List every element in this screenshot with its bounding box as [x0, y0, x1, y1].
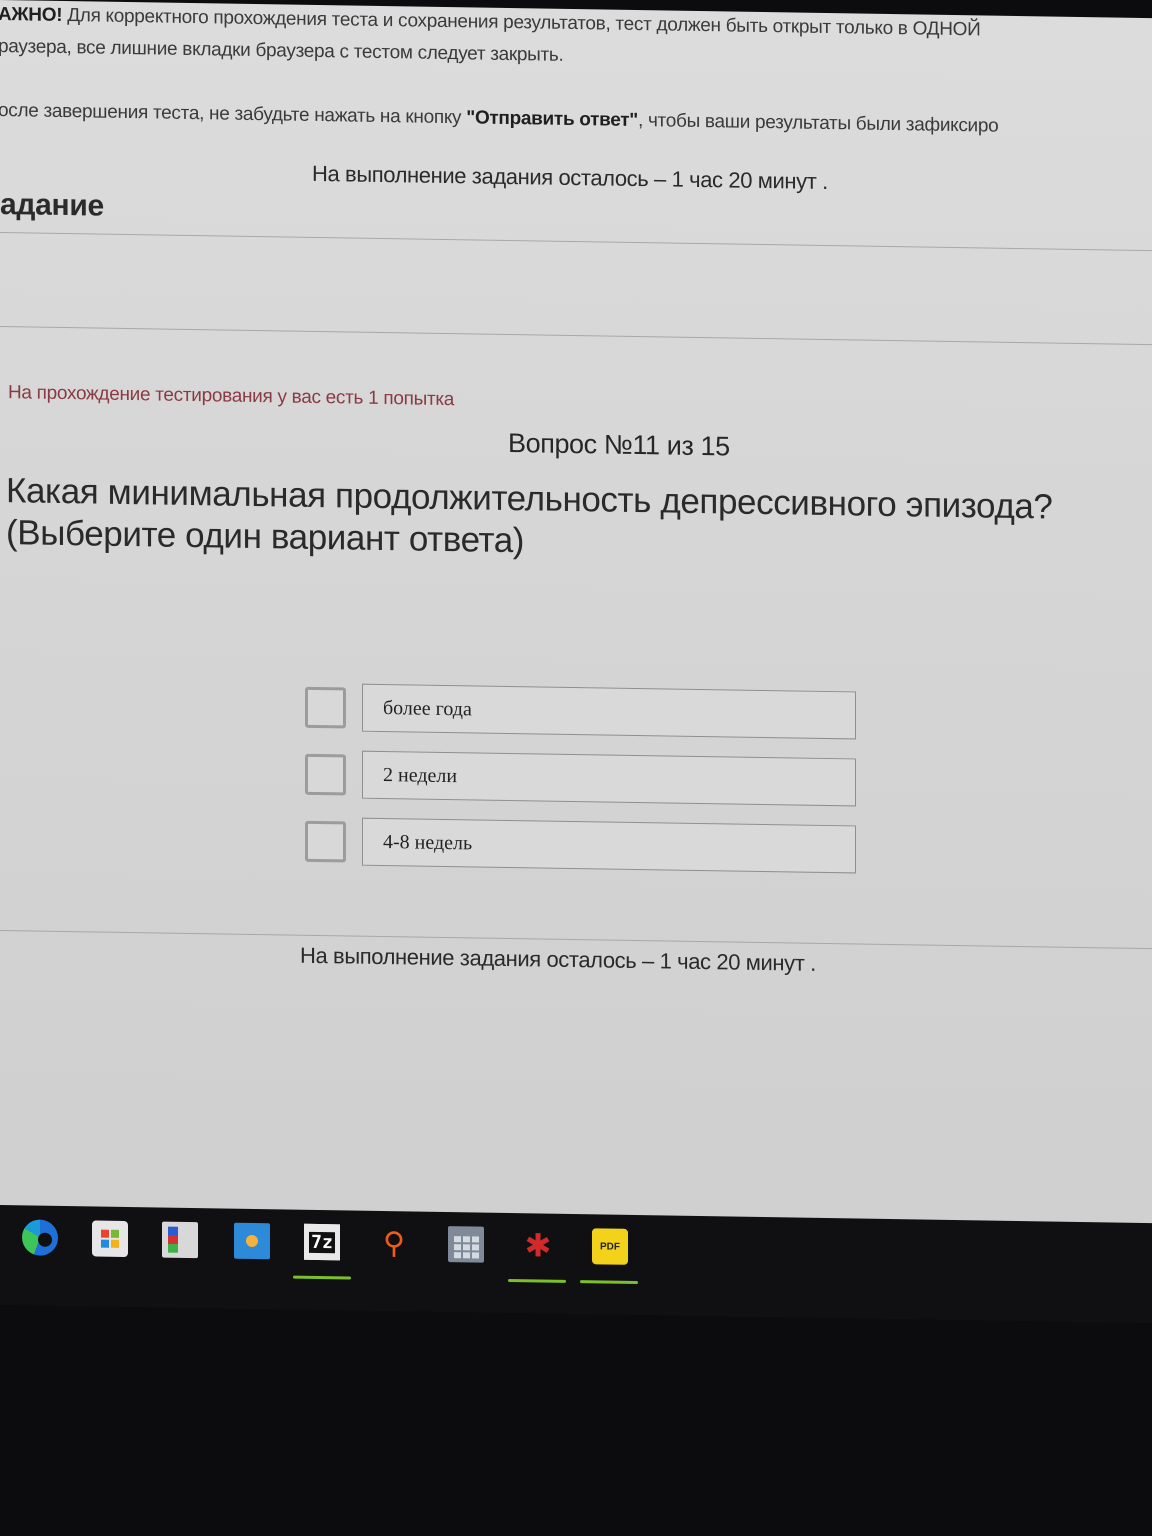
question-counter: Вопрос №11 из 15 — [508, 428, 730, 462]
running-indicator — [580, 1280, 638, 1284]
browser-page: АЖНО! Для корректного прохождения теста … — [0, 0, 1152, 1268]
taskbar: 7z ⚲ ✱ PDF — [0, 1205, 1152, 1323]
time-remaining-bottom: На выполнение задания осталось – 1 час 2… — [300, 943, 816, 977]
answer-label[interactable]: более года — [362, 684, 856, 740]
attempts-info: На прохождение тестирования у вас есть 1… — [8, 382, 454, 411]
answer-label[interactable]: 4-8 недель — [362, 818, 856, 874]
answer-option[interactable]: 2 недели — [305, 750, 856, 807]
question-text: Какая минимальная продолжительность депр… — [6, 470, 1152, 572]
document-app-icon[interactable] — [162, 1222, 198, 1259]
running-indicator — [508, 1279, 566, 1283]
store-icon[interactable] — [92, 1220, 128, 1257]
submit-reminder: осле завершения теста, не забудьте нажат… — [0, 100, 998, 138]
section-title: адание — [0, 188, 104, 224]
divider — [0, 326, 1152, 345]
7zip-icon[interactable]: 7z — [304, 1224, 340, 1261]
important-notice: АЖНО! Для корректного прохождения теста … — [0, 4, 980, 41]
answer-label[interactable]: 2 недели — [362, 751, 856, 807]
pdf-app-icon[interactable]: PDF — [592, 1228, 628, 1265]
answer-option[interactable]: более года — [305, 683, 856, 740]
answer-option[interactable]: 4-8 недель — [305, 817, 856, 874]
important-notice-line2: раузера, все лишние вкладки браузера с т… — [0, 36, 564, 67]
divider — [0, 232, 1152, 251]
edge-icon[interactable] — [22, 1219, 58, 1256]
answer-checkbox[interactable] — [305, 820, 346, 862]
time-remaining-top: На выполнение задания осталось – 1 час 2… — [312, 161, 828, 195]
search-app-icon[interactable]: ⚲ — [376, 1225, 412, 1262]
answer-checkbox[interactable] — [305, 753, 346, 795]
answer-options: более года 2 недели 4-8 недель — [305, 683, 856, 893]
bug-app-icon[interactable]: ✱ — [520, 1227, 556, 1264]
calculator-icon[interactable] — [448, 1226, 484, 1263]
answer-checkbox[interactable] — [305, 686, 346, 728]
running-indicator — [293, 1276, 351, 1280]
monitor-app-icon[interactable] — [234, 1223, 270, 1260]
